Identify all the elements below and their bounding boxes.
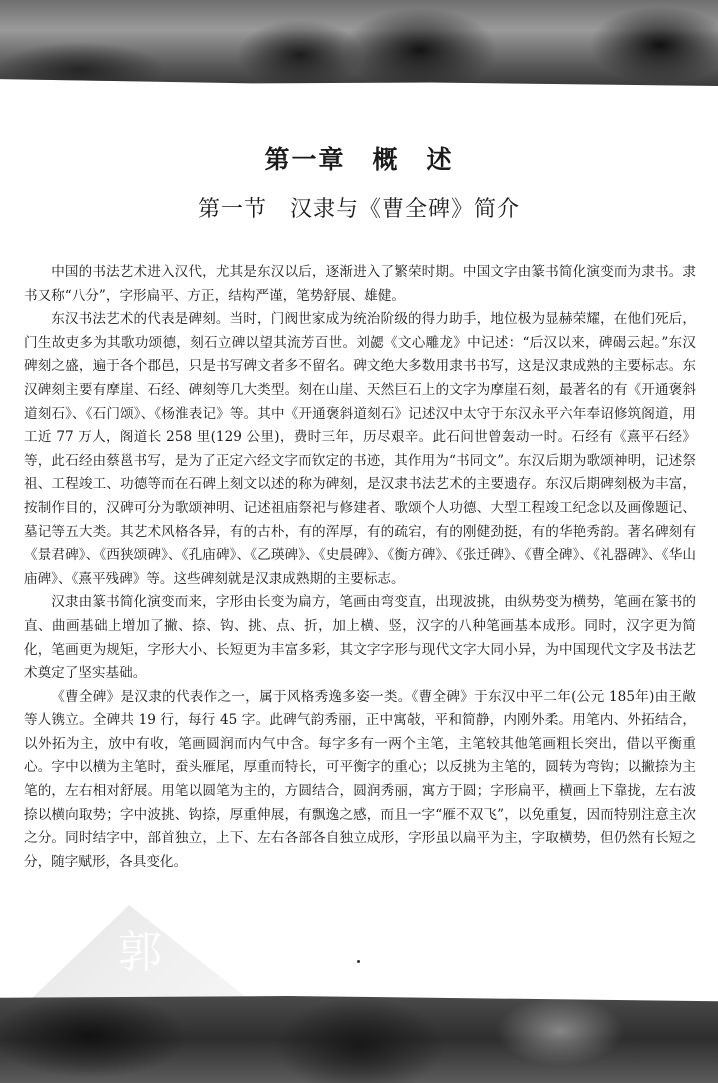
bottom-landscape-banner: [0, 996, 718, 1083]
paragraph: 汉隶由篆书简化演变而来，字形由长变为扁方，笔画由弯变直，出现波挑，由纵势变为横势…: [24, 591, 696, 685]
chapter-title: 第一章 概 述: [0, 140, 718, 176]
section-title: 第一节 汉隶与《曹全碑》简介: [0, 192, 718, 223]
seal-watermark-icon: 郭: [30, 905, 250, 1000]
paragraph: 中国的书法艺术进入汉代，尤其是东汉以后，逐渐进入了繁荣时期。中国文字由篆书简化演…: [24, 261, 696, 308]
top-landscape-banner: [0, 0, 718, 86]
body-text: 中国的书法艺术进入汉代，尤其是东汉以后，逐渐进入了繁荣时期。中国文字由篆书简化演…: [24, 261, 696, 874]
stray-dot: [357, 960, 360, 963]
paragraph: 东汉书法艺术的代表是碑刻。当时，门阀世家成为统治阶级的得力助手，地位极为显赫荣耀…: [24, 308, 696, 591]
paragraph: 《曹全碑》是汉隶的代表作之一，属于风格秀逸多姿一类。《曹全碑》于东汉中平二年(公…: [24, 686, 696, 875]
